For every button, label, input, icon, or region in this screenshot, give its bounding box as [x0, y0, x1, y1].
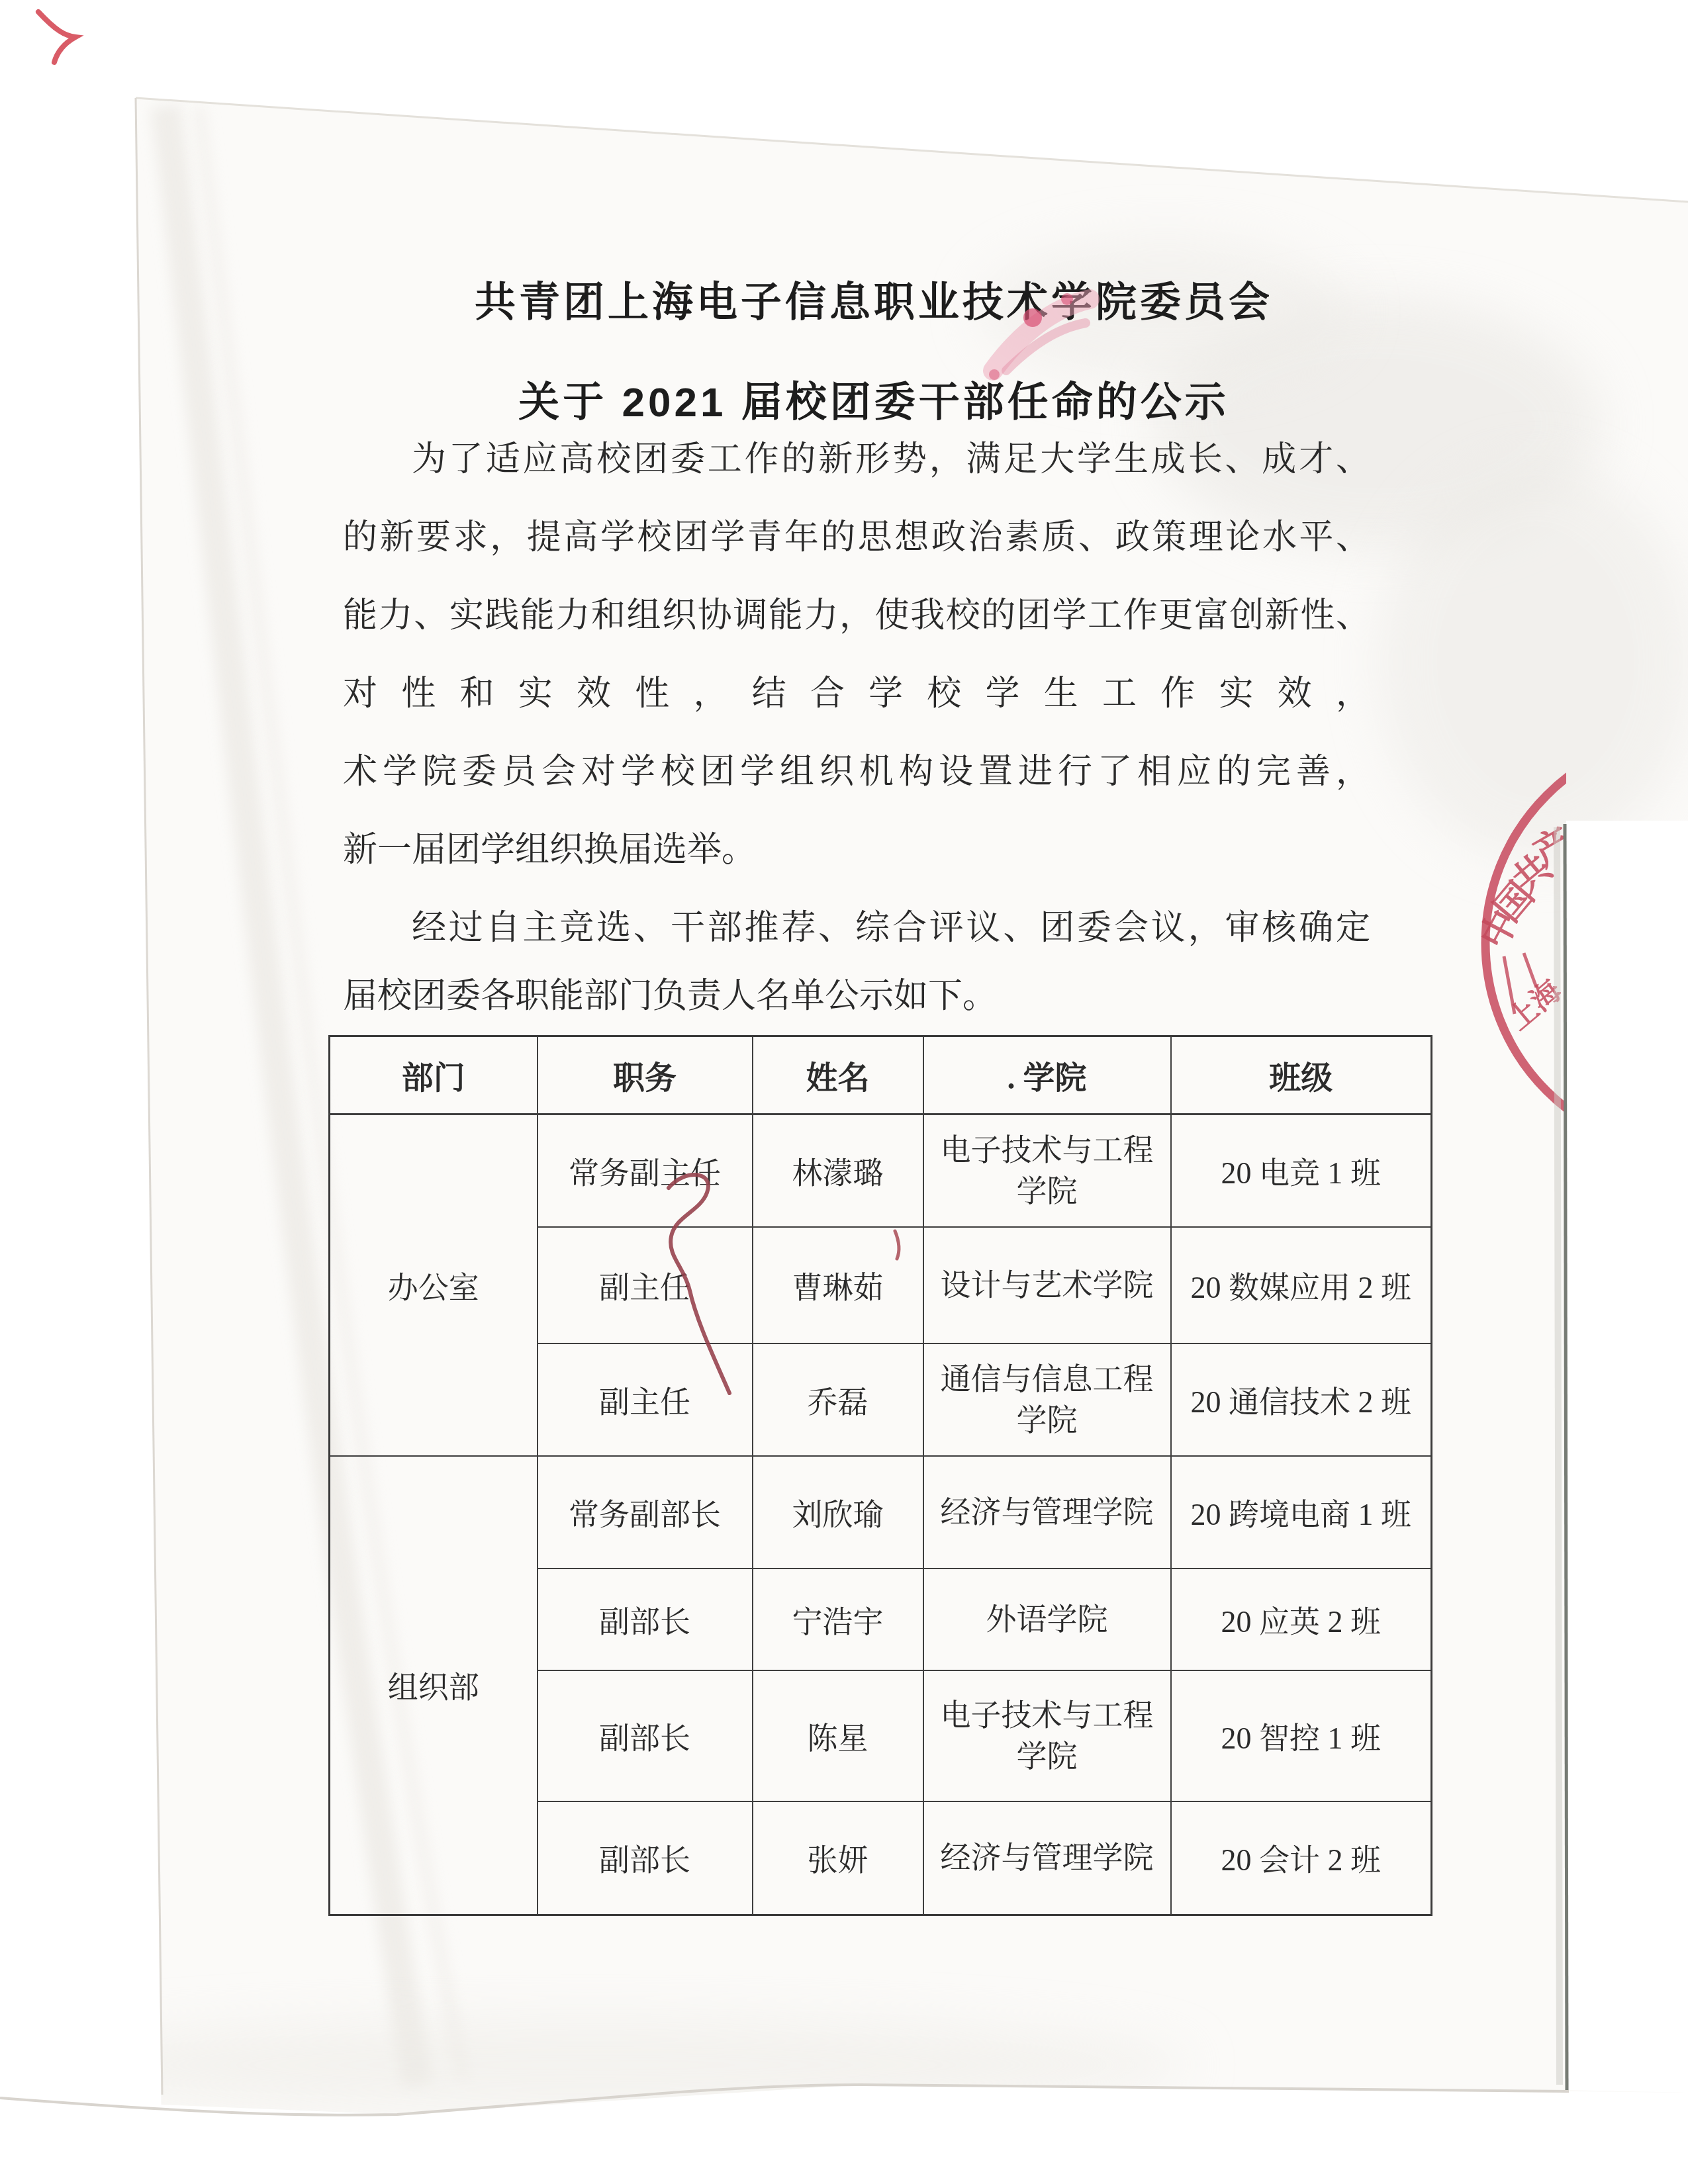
- body-line: 术学院委员会对学校团学组织机构设置进行了相应的完善，并进行了: [343, 733, 1370, 811]
- cell-position: 副部长: [538, 1569, 753, 1670]
- col-header-department: 部门: [330, 1036, 538, 1115]
- college-line: 设计与艺术学院: [924, 1265, 1170, 1306]
- cell-class: 20 应英 2 班: [1171, 1569, 1432, 1670]
- cell-name: 刘欣瑜: [753, 1456, 923, 1569]
- scanned-document-page: 共青团上海电子信息职业技术学院委员会 关于 2021 届校团委干部任命的公示 为…: [0, 0, 1688, 2184]
- college-line: 电子技术与工程: [924, 1130, 1170, 1171]
- college-line: 通信与信息工程: [924, 1359, 1170, 1400]
- college-line: 经济与管理学院: [924, 1492, 1170, 1533]
- cell-name: 陈星: [753, 1670, 923, 1801]
- table-row: 办公室 常务副主任 林濛璐 电子技术与工程 学院 20 电竞 1 班: [330, 1115, 1432, 1227]
- cell-name: 乔磊: [753, 1343, 923, 1456]
- cell-class: 20 跨境电商 1 班: [1171, 1456, 1432, 1569]
- cell-position: 常务副主任: [538, 1115, 753, 1227]
- cell-college: 设计与艺术学院: [923, 1227, 1171, 1343]
- cell-college: 电子技术与工程 学院: [923, 1115, 1171, 1227]
- cell-name: 宁浩宇: [753, 1569, 923, 1670]
- body-line: 届校团委各职能部门负责人名单公示如下。: [343, 962, 1370, 1030]
- cell-college: 经济与管理学院: [923, 1456, 1171, 1569]
- department-cell-office: 办公室: [330, 1115, 538, 1456]
- col-header-college: . 学院: [923, 1036, 1171, 1115]
- table-row: 组织部 常务副部长 刘欣瑜 经济与管理学院 20 跨境电商 1 班: [330, 1456, 1432, 1569]
- department-cell-organization: 组织部: [330, 1456, 538, 1915]
- college-line: 学院: [924, 1171, 1170, 1212]
- document-title-line-2: 关于 2021 届校团委干部任命的公示: [324, 369, 1423, 428]
- cell-position: 副主任: [538, 1227, 753, 1343]
- college-line: 学院: [924, 1400, 1170, 1441]
- table-header-row: 部门 职务 姓名 . 学院 班级: [330, 1036, 1432, 1115]
- body-line: 新一届团学组织换届选举。: [343, 811, 1370, 889]
- appointment-table: 部门 职务 姓名 . 学院 班级 办公室 常务副主任 林濛璐 电子技术与工程 学…: [328, 1035, 1432, 1916]
- cell-name: 曹琳茹: [753, 1227, 923, 1343]
- col-header-name: 姓名: [753, 1036, 923, 1115]
- col-header-class: 班级: [1171, 1036, 1432, 1115]
- document-title-line-1: 共青团上海电子信息职业技术学院委员会: [324, 269, 1423, 328]
- cell-position: 常务副部长: [538, 1456, 753, 1569]
- cell-class: 20 智控 1 班: [1171, 1670, 1432, 1801]
- college-line: 外语学院: [924, 1599, 1170, 1640]
- cell-college: 外语学院: [923, 1569, 1171, 1670]
- college-line: 学院: [924, 1736, 1170, 1777]
- cell-college: 经济与管理学院: [923, 1801, 1171, 1915]
- body-line: 能力、实践能力和组织协调能力，使我校的团学工作更富创新性、针: [343, 577, 1370, 655]
- col-header-position: 职务: [538, 1036, 753, 1115]
- paragraph-2: 经过自主竞选、干部推荐、综合评议、团委会议，审核确定 2021 届校团委各职能部…: [343, 894, 1370, 1030]
- body-line: 对性和实效性，结合学校学生工作实效，共青团上海电子信息职业技: [343, 655, 1370, 733]
- college-line: 电子技术与工程: [924, 1695, 1170, 1736]
- cell-position: 副部长: [538, 1670, 753, 1801]
- document-content: 共青团上海电子信息职业技术学院委员会 关于 2021 届校团委干部任命的公示 为…: [0, 0, 1688, 2184]
- cell-college: 通信与信息工程 学院: [923, 1343, 1171, 1456]
- cell-class: 20 会计 2 班: [1171, 1801, 1432, 1915]
- college-line: 经济与管理学院: [924, 1837, 1170, 1878]
- cell-position: 副部长: [538, 1801, 753, 1915]
- cell-name: 张妍: [753, 1801, 923, 1915]
- body-line: 经过自主竞选、干部推荐、综合评议、团委会议，审核确定 2021: [343, 894, 1370, 962]
- cell-position: 副主任: [538, 1343, 753, 1456]
- cell-college: 电子技术与工程 学院: [923, 1670, 1171, 1801]
- cell-name: 林濛璐: [753, 1115, 923, 1227]
- cell-class: 20 数媒应用 2 班: [1171, 1227, 1432, 1343]
- paragraph-1: 为了适应高校团委工作的新形势，满足大学生成长、成才、成功 的新要求，提高学校团学…: [343, 421, 1370, 889]
- body-line: 的新要求，提高学校团学青年的思想政治素质、政策理论水平、创新: [343, 499, 1370, 577]
- body-line: 为了适应高校团委工作的新形势，满足大学生成长、成才、成功: [343, 421, 1370, 499]
- cell-class: 20 电竞 1 班: [1171, 1115, 1432, 1227]
- cell-class: 20 通信技术 2 班: [1171, 1343, 1432, 1456]
